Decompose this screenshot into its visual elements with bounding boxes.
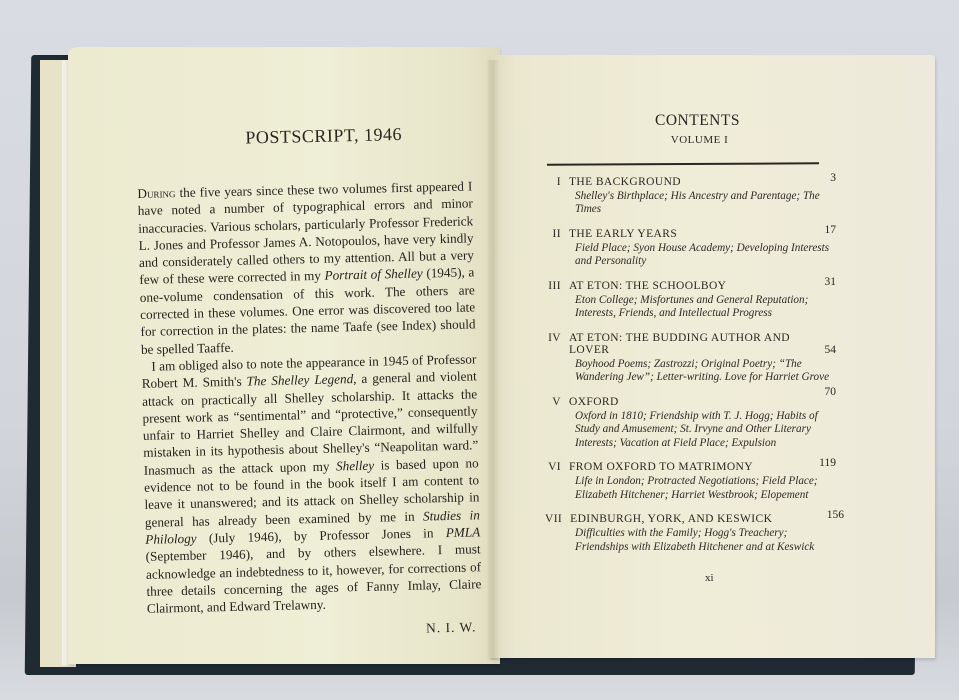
chapter-title: THE EARLY YEARS (569, 228, 677, 240)
chapter-page: 119 (819, 457, 836, 469)
divider (547, 162, 819, 165)
book-gutter (486, 60, 500, 660)
volume-label: VOLUME I (569, 134, 830, 146)
chapter-entry: VOXFORD 70 Oxford in 1810; Friendship wi… (545, 396, 830, 451)
book-title-italic: Shelley (336, 457, 374, 473)
page-number: xi (705, 572, 714, 584)
chapter-number: I (545, 176, 561, 188)
chapter-number: V (545, 396, 561, 408)
chapter-title: THE BACKGROUND (569, 176, 681, 188)
chapter-page: 156 (827, 509, 844, 521)
postscript-paragraph-2: I am obliged also to note the appearance… (141, 350, 482, 617)
contents-title: CONTENTS (565, 112, 830, 130)
chapter-subtopics: Oxford in 1810; Friendship with T. J. Ho… (545, 410, 830, 451)
chapter-subtopics: Shelley's Birthplace; His Ancestry and P… (545, 190, 830, 217)
chapter-number: VII (545, 513, 562, 525)
chapter-entry: ITHE BACKGROUND 3 Shelley's Birthplace; … (545, 176, 830, 217)
chapter-page: 54 (825, 344, 837, 356)
contents-section: CONTENTS VOLUME I ITHE BACKGROUND 3 Shel… (545, 112, 830, 554)
chapter-title: EDINBURGH, YORK, AND KESWICK (570, 513, 772, 525)
chapter-page: 31 (825, 276, 837, 288)
chapter-entry: VIIEDINBURGH, YORK, AND KESWICK 156 Diff… (545, 513, 830, 554)
postscript-section: POSTSCRIPT, 1946 During the five years s… (136, 122, 483, 643)
journal-title-italic: PMLA (446, 524, 481, 540)
book-title-italic: The Shelley Legend (246, 371, 353, 388)
chapter-number: VI (545, 461, 561, 473)
chapter-title: OXFORD (569, 396, 619, 408)
chapter-page: 3 (830, 172, 836, 184)
chapter-entry: IITHE EARLY YEARS 17 Field Place; Syon H… (545, 228, 830, 269)
text-run: (September 1946), and by others elsewher… (146, 542, 482, 616)
chapter-number: III (545, 280, 561, 292)
chapter-subtopics: Eton College; Misfortunes and General Re… (545, 294, 830, 321)
chapter-title: AT ETON: THE SCHOOLBOY (569, 280, 726, 292)
chapter-subtopics: Boyhood Poems; Zastrozzi; Original Poetr… (545, 358, 830, 385)
chapter-number: II (545, 228, 561, 240)
chapter-entry: IVAT ETON: THE BUDDING AUTHOR AND LOVER … (545, 332, 830, 385)
chapter-subtopics: Difficulties with the Family; Hogg's Tre… (545, 527, 830, 554)
chapter-subtopics: Life in London; Protracted Negotiations;… (545, 475, 830, 502)
chapter-title: AT ETON: THE BUDDING AUTHOR AND LOVER (569, 332, 809, 356)
chapter-page: 17 (825, 224, 837, 236)
drop-lead: During (137, 185, 175, 201)
chapter-entry: VIFROM OXFORD TO MATRIMONY 119 Life in L… (545, 461, 830, 502)
chapter-page: 70 (825, 386, 837, 398)
book-title-italic: Portrait of Shelley (324, 266, 422, 283)
chapter-subtopics: Field Place; Syon House Academy; Develop… (545, 242, 830, 269)
postscript-paragraph-1: During the five years since these two vo… (137, 177, 476, 358)
postscript-body: During the five years since these two vo… (137, 177, 482, 617)
chapter-entry: IIIAT ETON: THE SCHOOLBOY 31 Eton Colleg… (545, 280, 830, 321)
chapter-number: IV (545, 332, 561, 356)
chapter-title: FROM OXFORD TO MATRIMONY (569, 461, 753, 473)
